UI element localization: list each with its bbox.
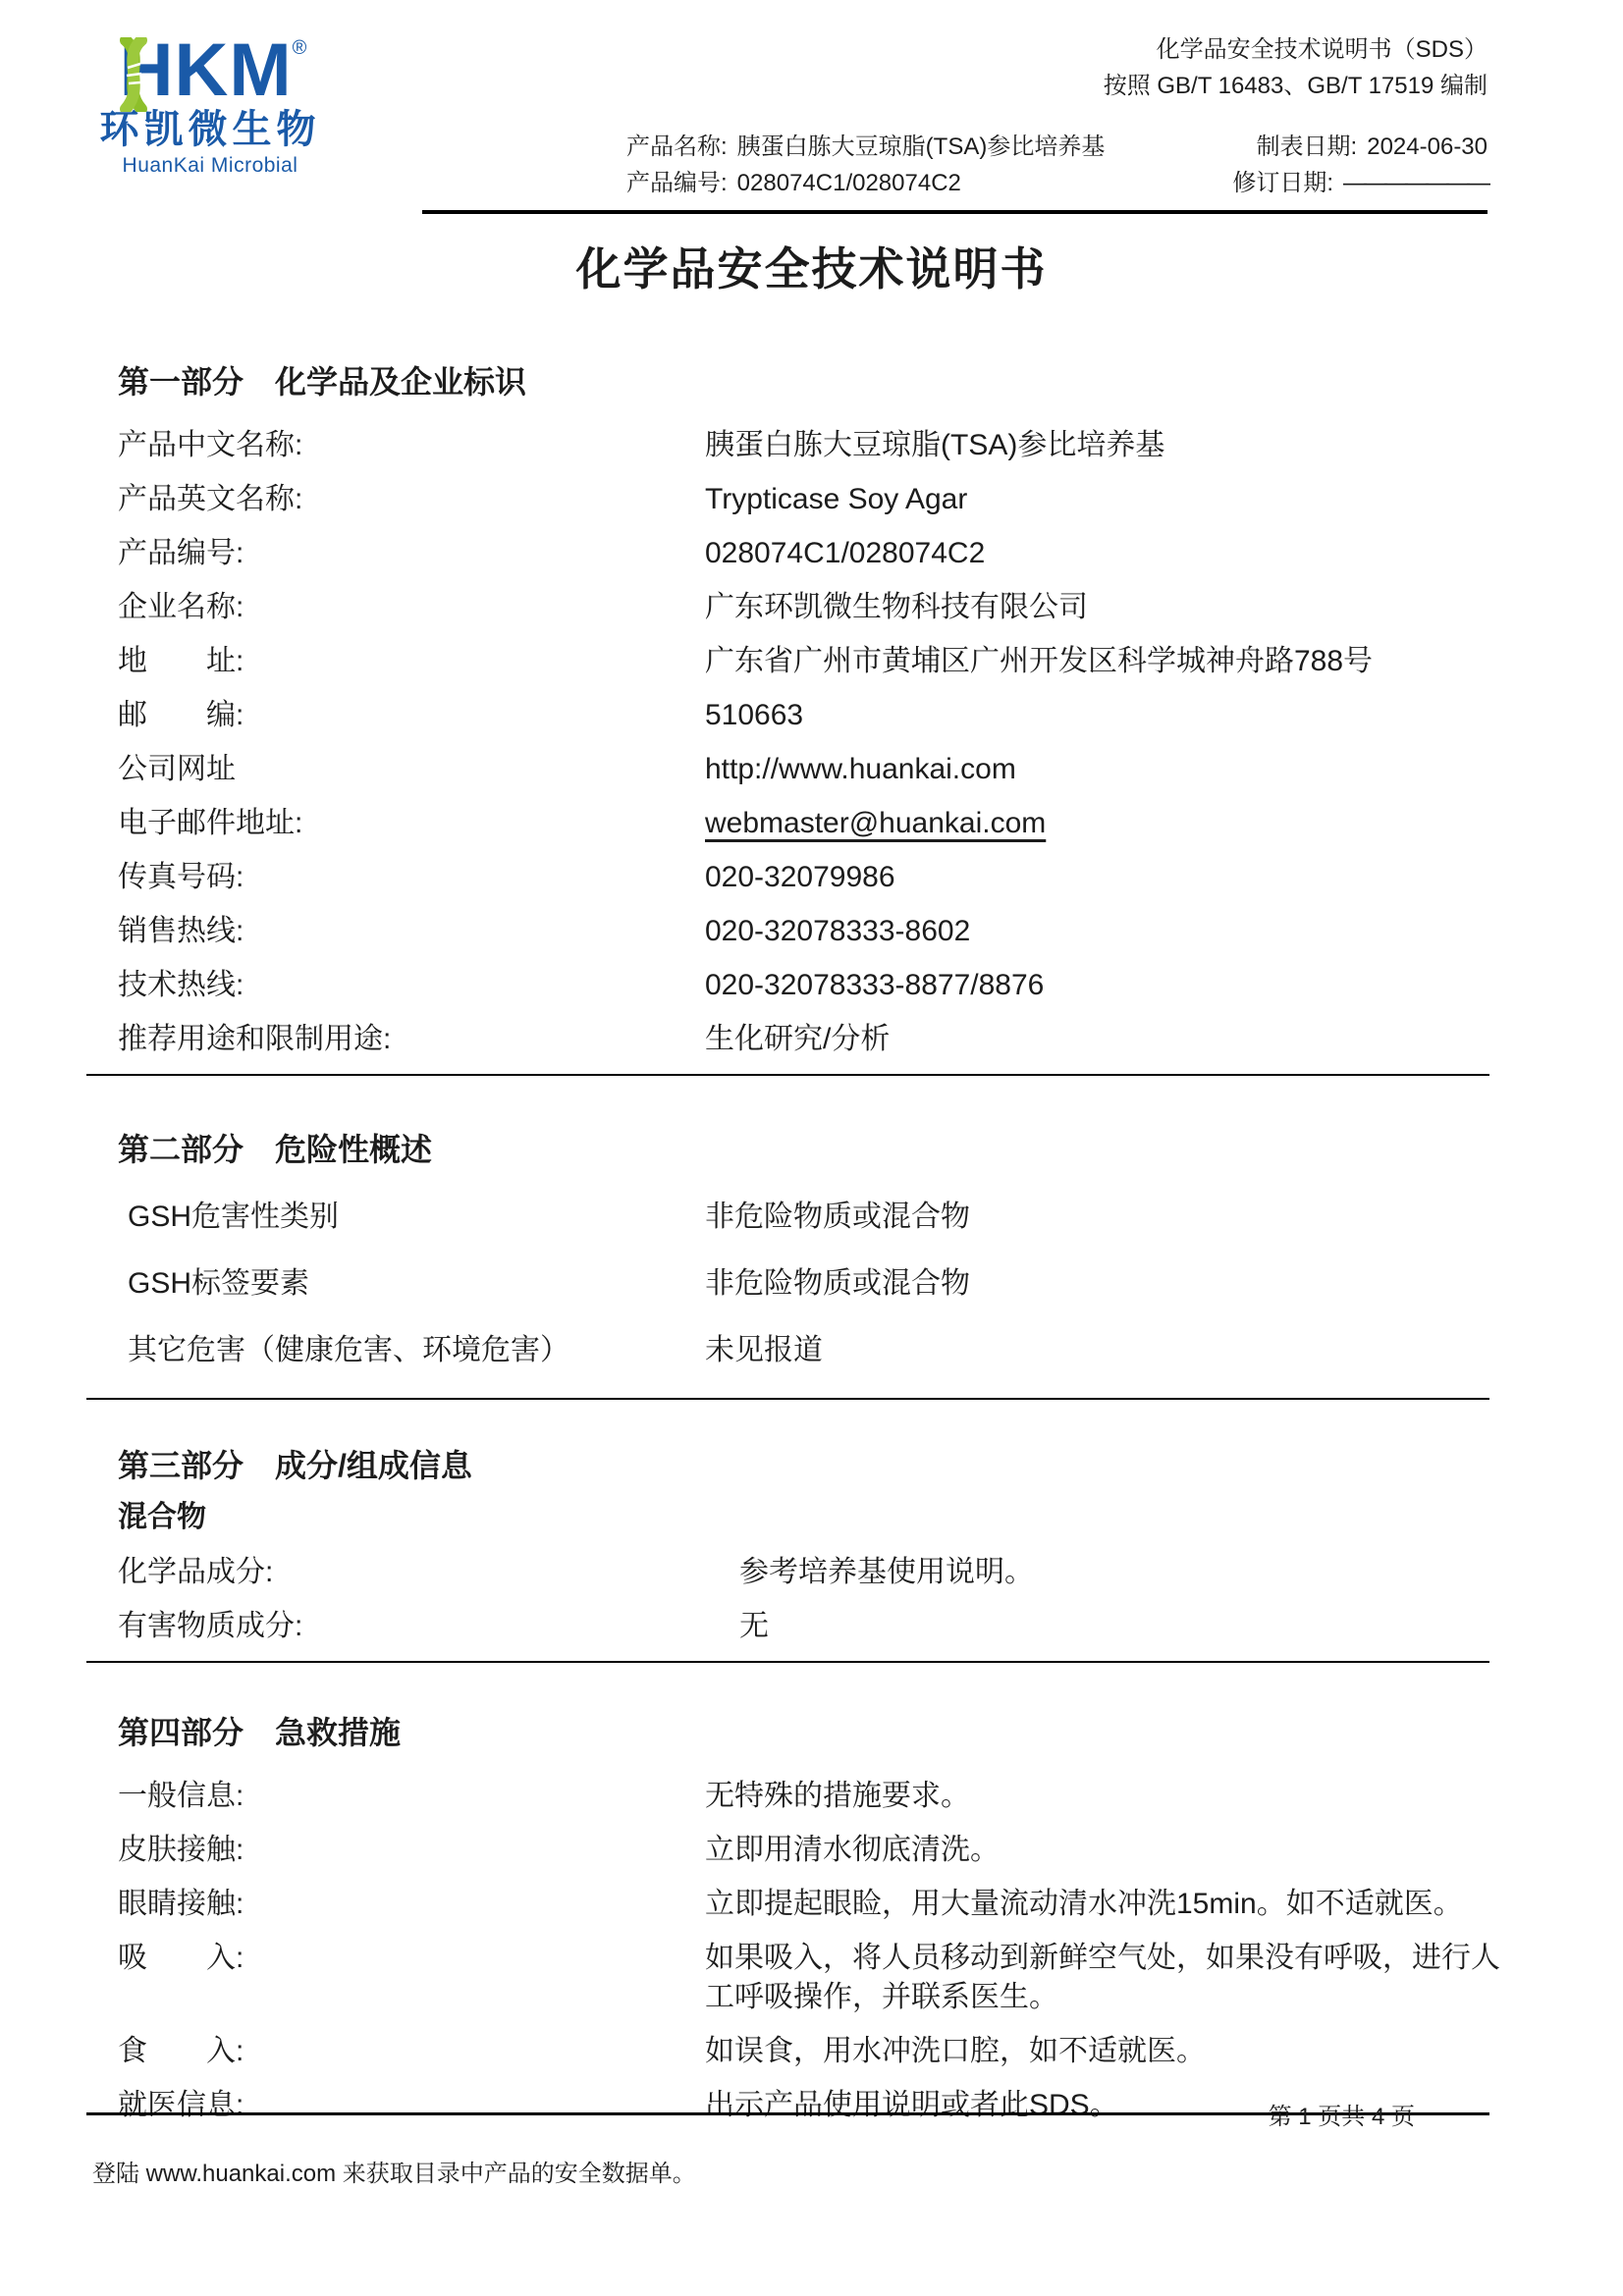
website-url: http://www.huankai.com [705,750,1520,789]
field-row: 眼睛接触:立即提起眼睑，用大量流动清水冲洗15min。如不适就医。 [118,1885,1489,1924]
field-label: 传真号码: [118,858,705,897]
field-label: 皮肤接触: [118,1831,705,1870]
product-code-label: 产品编号: [626,170,728,196]
logo-mark: HKM® [114,29,307,112]
field-value: 立即提起眼睑，用大量流动清水冲洗15min。如不适就医。 [705,1885,1520,1924]
field-row: 电子邮件地址:webmaster@huankai.com [118,804,1489,843]
doc-type-line: 化学品安全技术说明书（SDS） [422,31,1488,68]
field-row: 产品英文名称:Trypticase Soy Agar [118,480,1489,519]
field-row: 企业名称:广东环凯微生物科技有限公司 [118,588,1489,627]
page-title: 化学品安全技术说明书 [0,218,1623,294]
field-value: 020-32078333-8877/8876 [705,966,1520,1005]
section3-subheading: 混合物 [118,1498,1489,1537]
section-identification: 第一部分 化学品及企业标识 产品中文名称:胰蛋白胨大豆琼脂(TSA)参比培养基 … [0,361,1623,1076]
section1-heading: 第一部分 化学品及企业标识 [118,361,1489,402]
footer-note: 登陆 www.huankai.com 来获取目录中产品的安全数据单。 [92,2158,696,2191]
field-label: 有害物质成分: [118,1607,739,1646]
field-row: 食 入:如误食，用水冲洗口腔，如不适就医。 [118,2032,1489,2071]
product-name-value: 胰蛋白胨大豆琼脂(TSA)参比培养基 [737,133,1106,160]
field-row: 皮肤接触:立即用清水彻底清洗。 [118,1831,1489,1870]
product-name-label: 产品名称: [626,133,728,160]
logo-company-name-cn: 环凯微生物 [82,108,338,151]
revision-label: 修订日期: [1232,170,1333,196]
field-label: 技术热线: [118,966,705,1005]
field-label: 眼睛接触: [118,1885,705,1924]
section4-heading: 第四部分 急救措施 [118,1712,1489,1753]
product-name-row: 产品名称:胰蛋白胨大豆琼脂(TSA)参比培养基 制表日期:2024-06-30 [626,129,1488,165]
field-row: 吸 入:如果吸入，将人员移动到新鲜空气处，如果没有呼吸，进行人工呼吸操作，并联系… [118,1939,1489,2017]
field-label: 化学品成分: [118,1553,739,1592]
section4-rows: 一般信息:无特殊的措施要求。 皮肤接触:立即用清水彻底清洗。 眼睛接触:立即提起… [118,1777,1489,2125]
field-value: 无特殊的措施要求。 [705,1777,1520,1816]
field-label: 吸 入: [118,1939,705,1978]
field-value: 如误食，用水冲洗口腔，如不适就医。 [705,2032,1520,2071]
header-info-block: 化学品安全技术说明书（SDS） 按照 GB/T 16483、GB/T 17519… [422,31,1488,201]
field-value: 无 [739,1607,1554,1646]
field-value: 020-32078333-8602 [705,912,1520,951]
section-divider [86,1661,1489,1663]
field-label: 产品英文名称: [118,480,705,519]
field-label: 一般信息: [118,1777,705,1816]
field-value: 生化研究/分析 [705,1020,1520,1059]
field-row: 销售热线:020-32078333-8602 [118,912,1489,951]
date-value: 2024-06-30 [1367,133,1488,160]
field-value: Trypticase Soy Agar [705,480,1520,519]
section2-rows: GSH危害性类别非危险物质或混合物 GSH标签要素非危险物质或混合物 其它危害（… [118,1198,1489,1370]
field-row: 邮 编:510663 [118,696,1489,735]
field-row: 一般信息:无特殊的措施要求。 [118,1777,1489,1816]
field-label: 就医信息: [118,2086,705,2125]
field-label: 推荐用途和限制用途: [118,1020,705,1059]
section-divider [86,1074,1489,1076]
field-row: 推荐用途和限制用途:生化研究/分析 [118,1020,1489,1059]
field-value: 如果吸入，将人员移动到新鲜空气处，如果没有呼吸，进行人工呼吸操作，并联系医生。 [705,1939,1520,2017]
field-value: 参考培养基使用说明。 [739,1553,1554,1592]
field-row: 产品编号:028074C1/028074C2 [118,534,1489,573]
date-label: 制表日期: [1257,133,1358,160]
field-row: GSH标签要素非危险物质或混合物 [118,1264,1489,1304]
field-label: 地 址: [118,642,705,681]
field-value: 非危险物质或混合物 [705,1264,1520,1304]
field-value: 立即用清水彻底清洗。 [705,1831,1520,1870]
product-code-row: 产品编号:028074C1/028074C2 修订日期:——————— [626,165,1488,201]
section3-heading: 第三部分 成分/组成信息 [118,1445,1489,1486]
field-label: 企业名称: [118,588,705,627]
logo-company-name-en: HuanKai Microbial [82,153,338,179]
field-value: 未见报道 [705,1331,1520,1370]
field-label: 销售热线: [118,912,705,951]
field-row: GSH危害性类别非危险物质或混合物 [118,1198,1489,1237]
section-hazards: 第二部分 危险性概述 GSH危害性类别非危险物质或混合物 GSH标签要素非危险物… [0,1129,1623,1400]
field-row: 技术热线:020-32078333-8877/8876 [118,966,1489,1005]
field-value: 非危险物质或混合物 [705,1198,1520,1237]
field-row: 地 址:广东省广州市黄埔区广州开发区科学城神舟路788号 [118,642,1489,681]
field-label: 产品编号: [118,534,705,573]
field-row: 有害物质成分:无 [118,1607,1489,1646]
field-row: 公司网址http://www.huankai.com [118,750,1489,789]
header-divider [422,210,1488,214]
sds-document-page: HKM® 环凯微生物 HuanKai Microbial 化学品安全技术说明书（… [0,0,1623,2296]
field-value: 广东省广州市黄埔区广州开发区科学城神舟路788号 [705,642,1520,681]
field-label: 食 入: [118,2032,705,2071]
dna-helix-icon [112,37,155,112]
section-divider [86,1398,1489,1400]
page-number: 第 1 页共 4 页 [1269,2101,1415,2134]
field-label: GSH标签要素 [128,1264,705,1304]
field-label: 其它危害（健康危害、环境危害） [128,1331,705,1370]
product-name-field: 产品名称:胰蛋白胨大豆琼脂(TSA)参比培养基 [626,129,1105,165]
section3-rows: 化学品成分:参考培养基使用说明。 有害物质成分:无 [118,1553,1489,1646]
field-label: 电子邮件地址: [118,804,705,843]
date-field: 制表日期:2024-06-30 [1257,129,1488,165]
section-composition: 第三部分 成分/组成信息 混合物 化学品成分:参考培养基使用说明。 有害物质成分… [0,1445,1623,1663]
registered-trademark-icon: ® [293,37,307,59]
revision-dash: ——————— [1343,170,1488,196]
section1-rows: 产品中文名称:胰蛋白胨大豆琼脂(TSA)参比培养基 产品英文名称:Tryptic… [118,426,1489,1059]
field-row: 传真号码:020-32079986 [118,858,1489,897]
field-row: 产品中文名称:胰蛋白胨大豆琼脂(TSA)参比培养基 [118,426,1489,465]
field-value: 020-32079986 [705,858,1520,897]
field-label: 邮 编: [118,696,705,735]
product-code-field: 产品编号:028074C1/028074C2 [626,165,961,201]
field-value: 胰蛋白胨大豆琼脂(TSA)参比培养基 [705,426,1520,465]
field-label: 产品中文名称: [118,426,705,465]
field-value: 028074C1/028074C2 [705,534,1520,573]
field-value: 广东环凯微生物科技有限公司 [705,588,1520,627]
document-header: HKM® 环凯微生物 HuanKai Microbial 化学品安全技术说明书（… [0,0,1623,218]
field-label: GSH危害性类别 [128,1198,705,1237]
standard-reference-line: 按照 GB/T 16483、GB/T 17519 编制 [422,68,1488,104]
company-logo: HKM® 环凯微生物 HuanKai Microbial [82,29,338,179]
field-value: 510663 [705,696,1520,735]
field-row: 化学品成分:参考培养基使用说明。 [118,1553,1489,1592]
product-code-value: 028074C1/028074C2 [737,170,961,196]
field-row: 其它危害（健康危害、环境危害）未见报道 [118,1331,1489,1370]
field-label: 公司网址 [118,750,705,789]
revision-field: 修订日期:——————— [1232,165,1488,201]
email-link[interactable]: webmaster@huankai.com [705,804,1520,843]
section2-heading: 第二部分 危险性概述 [118,1129,1489,1170]
section-first-aid: 第四部分 急救措施 一般信息:无特殊的措施要求。 皮肤接触:立即用清水彻底清洗。… [0,1712,1623,2125]
